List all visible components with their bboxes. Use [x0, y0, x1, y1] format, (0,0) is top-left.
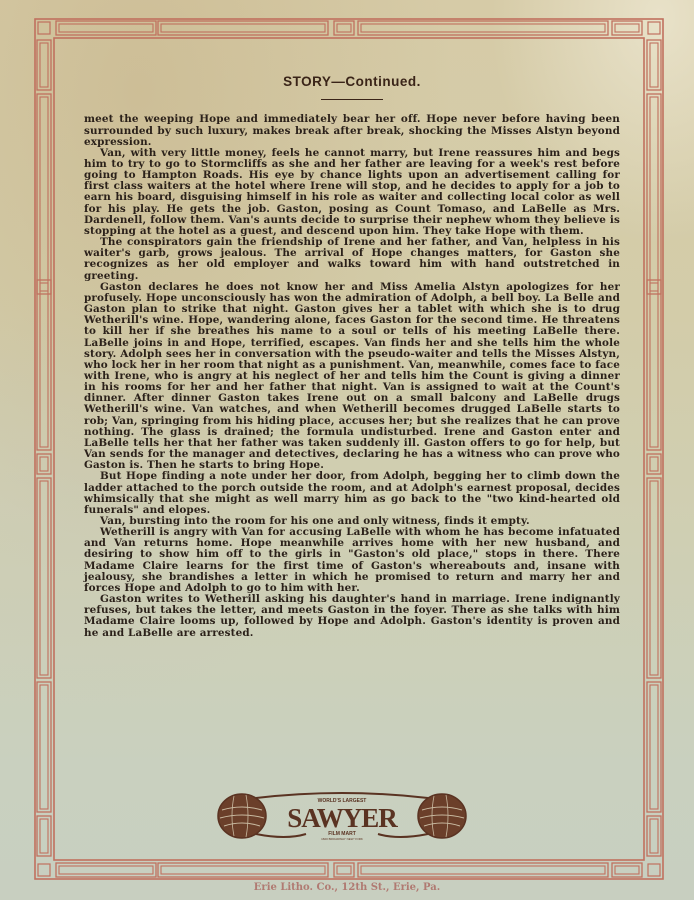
page-title: STORY—Continued.	[84, 74, 620, 89]
printer-credit: Erie Litho. Co., 12th St., Erie, Pa.	[0, 882, 694, 893]
paragraph: The conspirators gain the friendship of …	[84, 237, 620, 282]
left-globe-icon	[218, 794, 266, 838]
right-globe-icon	[418, 794, 466, 838]
logo-name: SAWYER	[287, 803, 398, 833]
paragraph: Gaston declares he does not know her and…	[84, 282, 620, 472]
paragraph: meet the weeping Hope and immediately be…	[84, 114, 620, 147]
paragraph: Van, with very little money, feels he ca…	[84, 148, 620, 237]
paragraph: Wetherill is angry with Van for accusing…	[84, 527, 620, 594]
logo-fine-print: 1600 BROADWAY NEW YORK	[321, 837, 363, 841]
sawyer-film-mart-logo: WORLD'S LARGEST SAWYER FILM MART 1600 BR…	[216, 790, 468, 842]
story-body: meet the weeping Hope and immediately be…	[84, 114, 620, 638]
paragraph: Gaston writes to Wetherill asking his da…	[84, 594, 620, 639]
story-page: STORY—Continued. meet the weeping Hope a…	[84, 74, 620, 639]
paragraph: But Hope finding a note under her door, …	[84, 471, 620, 516]
title-divider	[321, 99, 383, 100]
